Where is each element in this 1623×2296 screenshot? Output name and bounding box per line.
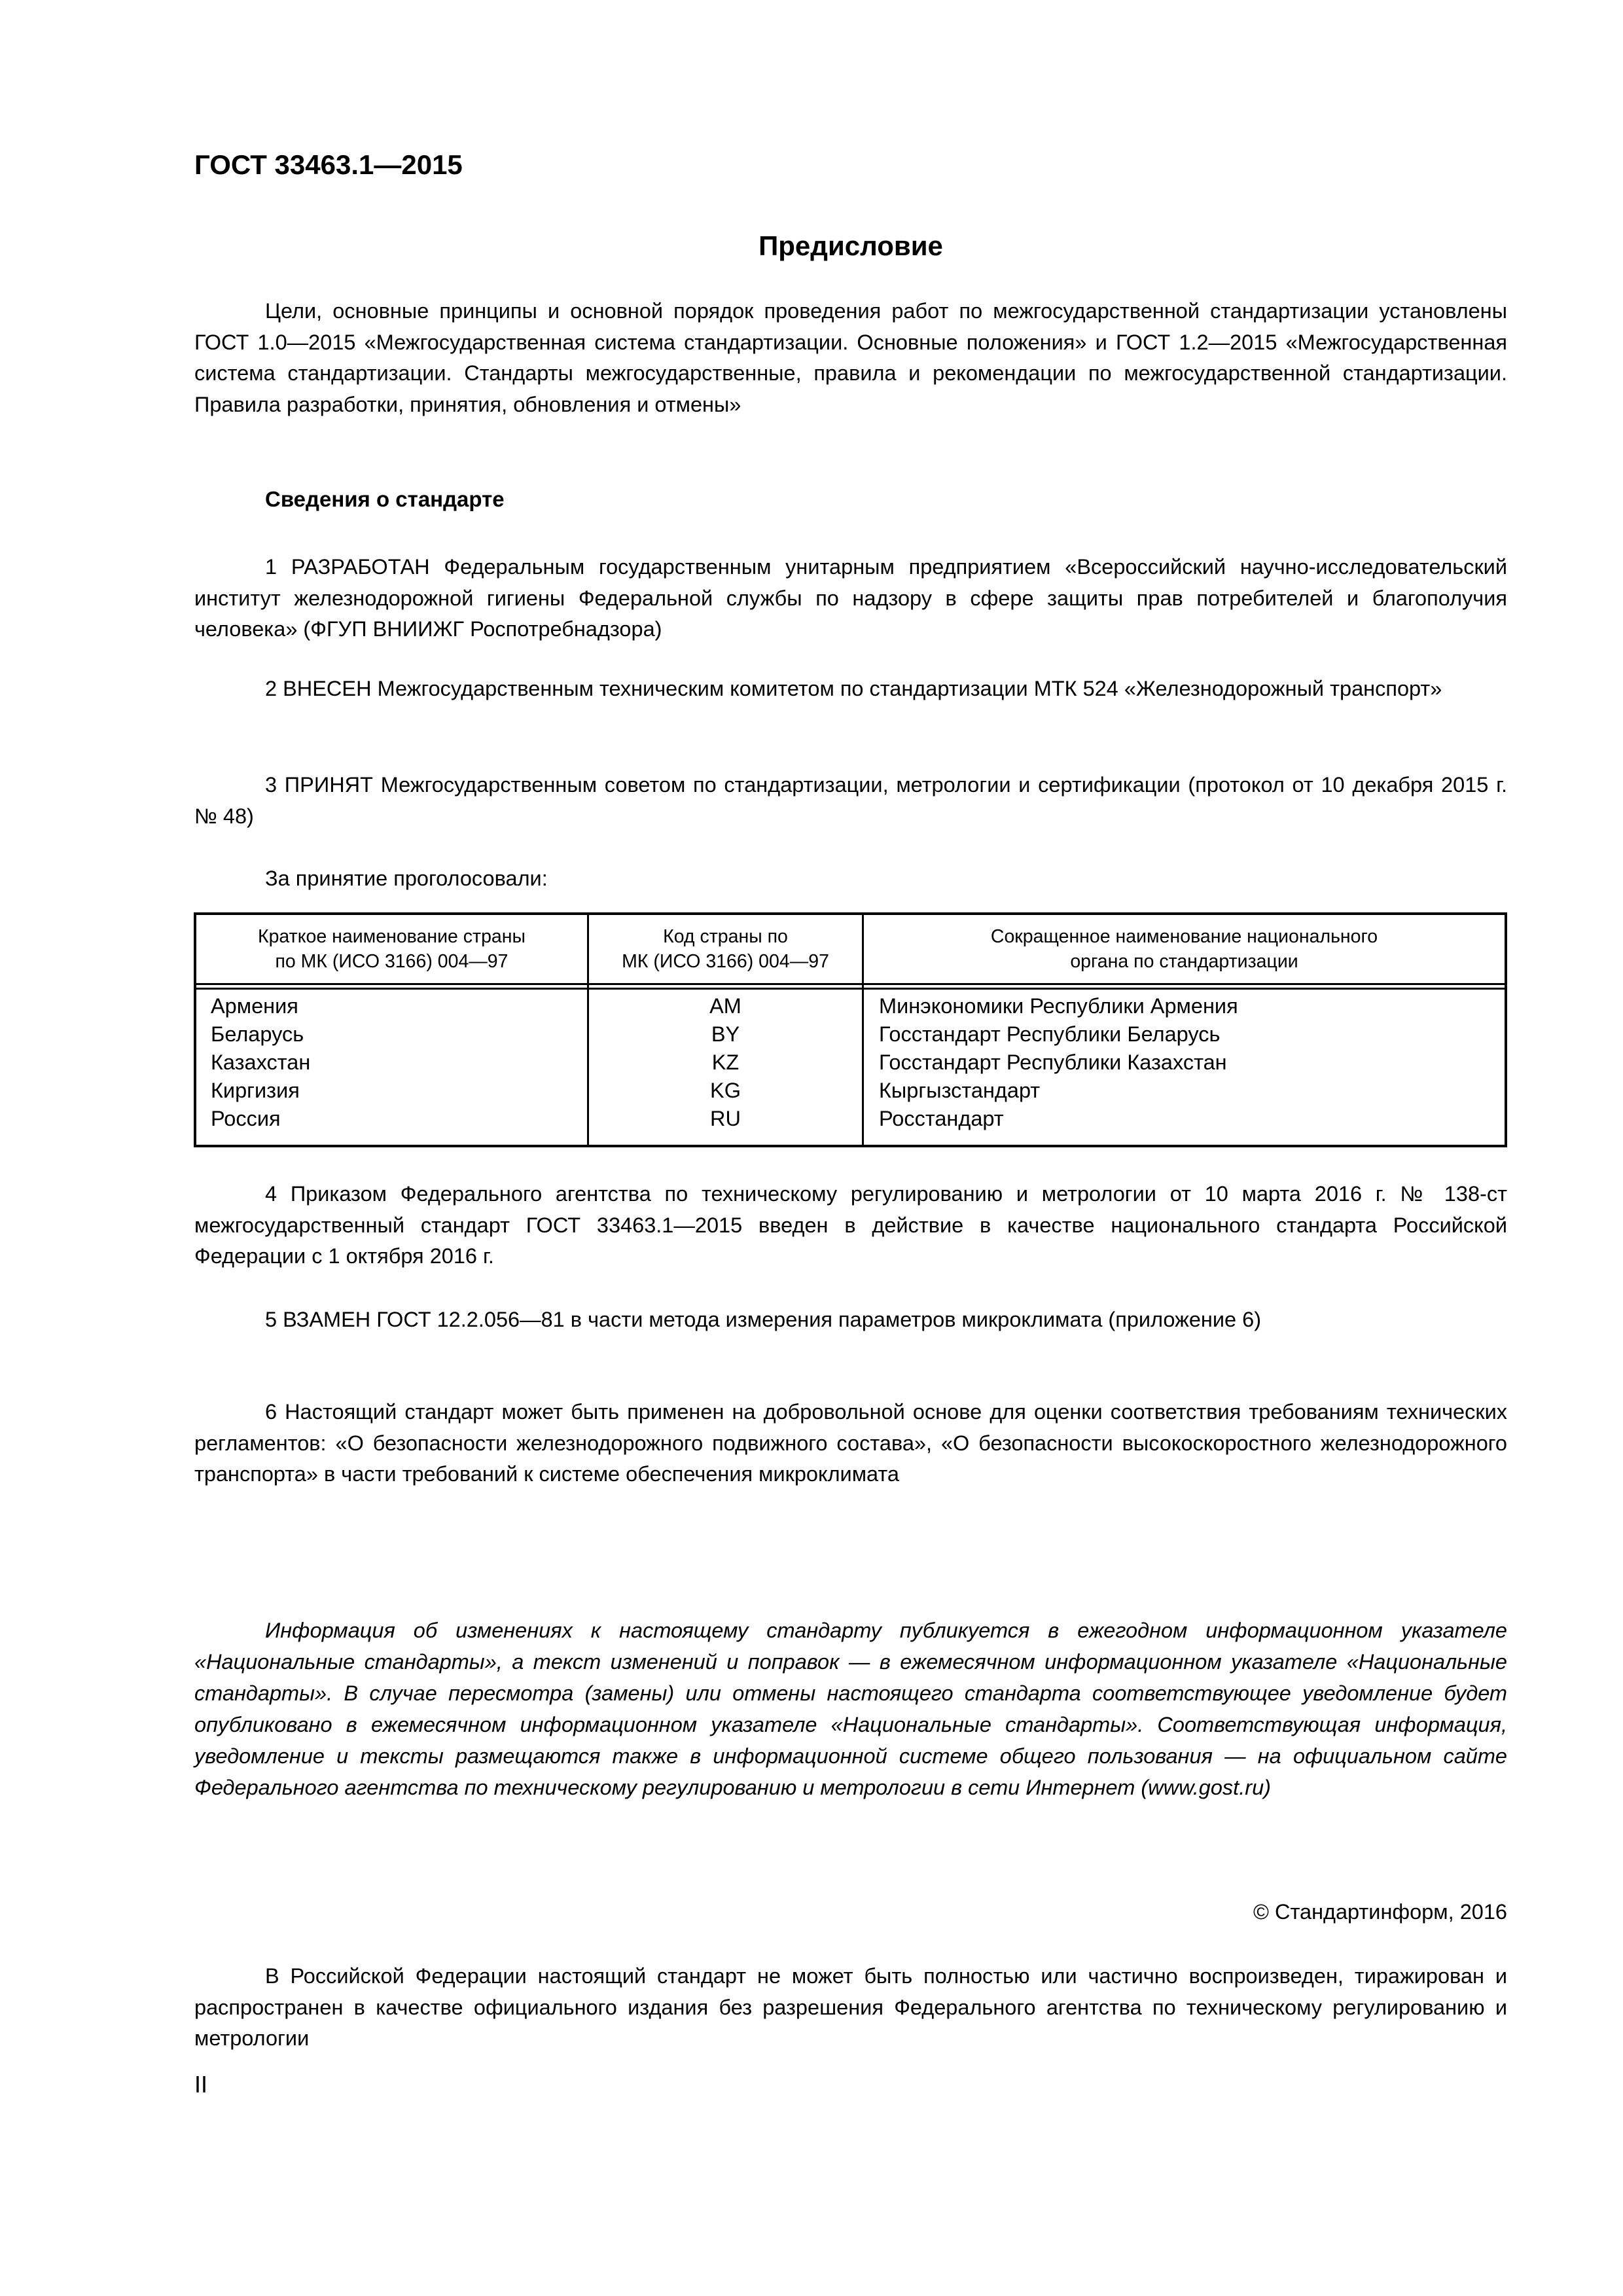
- item-1-developed: 1 РАЗРАБОТАН Федеральным государственным…: [194, 552, 1507, 645]
- table-cell: Киргизия: [211, 1077, 584, 1105]
- table-cell: KG: [589, 1077, 862, 1105]
- table-cell: Госстандарт Республики Казахстан: [879, 1049, 1501, 1077]
- column-country: Армения Беларусь Казахстан Киргизия Росс…: [211, 992, 584, 1133]
- item-4-enacted: 4 Приказом Федерального агентства по тех…: [194, 1179, 1507, 1272]
- table-cell: Кыргызстандарт: [879, 1077, 1501, 1105]
- column-code: AM BY KZ KG RU: [589, 992, 862, 1133]
- table-cell: KZ: [589, 1049, 862, 1077]
- voted-label: За принятие проголосовали:: [194, 863, 1507, 895]
- table-cell: Россия: [211, 1105, 584, 1133]
- item-2-submitted: 2 ВНЕСЕН Межгосударственным техническим …: [194, 673, 1507, 705]
- table-cell: AM: [589, 992, 862, 1020]
- document-code: ГОСТ 33463.1—2015: [194, 149, 463, 181]
- voting-table: Краткое наименование страныпо МК (ИСО 31…: [194, 912, 1507, 1147]
- table-header-rule: [196, 988, 1505, 990]
- intro-paragraph: Цели, основные принципы и основной поряд…: [194, 296, 1507, 420]
- item-5-replaces: 5 ВЗАМЕН ГОСТ 12.2.056—81 в части метода…: [194, 1304, 1507, 1336]
- table-cell: Росстандарт: [879, 1105, 1501, 1133]
- page-number: II: [194, 2070, 207, 2099]
- changes-notice: Информация об изменениях к настоящему ст…: [194, 1615, 1507, 1803]
- table-header-rule: [196, 983, 1505, 985]
- table-cell: Армения: [211, 992, 584, 1020]
- column-header-code: Код страны поМК (ИСО 3166) 004—97: [589, 915, 862, 983]
- table-cell: RU: [589, 1105, 862, 1133]
- table-cell: Беларусь: [211, 1020, 584, 1049]
- reproduction-notice: В Российской Федерации настоящий стандар…: [194, 1961, 1507, 2054]
- table-cell: Минэкономики Республики Армения: [879, 992, 1501, 1020]
- table-cell: BY: [589, 1020, 862, 1049]
- column-header-country: Краткое наименование страныпо МК (ИСО 31…: [196, 915, 587, 983]
- item-3-adopted: 3 ПРИНЯТ Межгосударственным советом по с…: [194, 770, 1507, 832]
- column-authority: Минэкономики Республики Армения Госстанд…: [879, 992, 1501, 1133]
- info-heading: Сведения о стандарте: [265, 484, 505, 515]
- page-title: Предисловие: [194, 230, 1507, 262]
- copyright: © Стандартинформ, 2016: [194, 1897, 1507, 1928]
- table-cell: Казахстан: [211, 1049, 584, 1077]
- column-header-authority: Сокращенное наименование национальногоор…: [864, 915, 1505, 983]
- table-cell: Госстандарт Республики Беларусь: [879, 1020, 1501, 1049]
- item-6-applicability: 6 Настоящий стандарт может быть применен…: [194, 1397, 1507, 1490]
